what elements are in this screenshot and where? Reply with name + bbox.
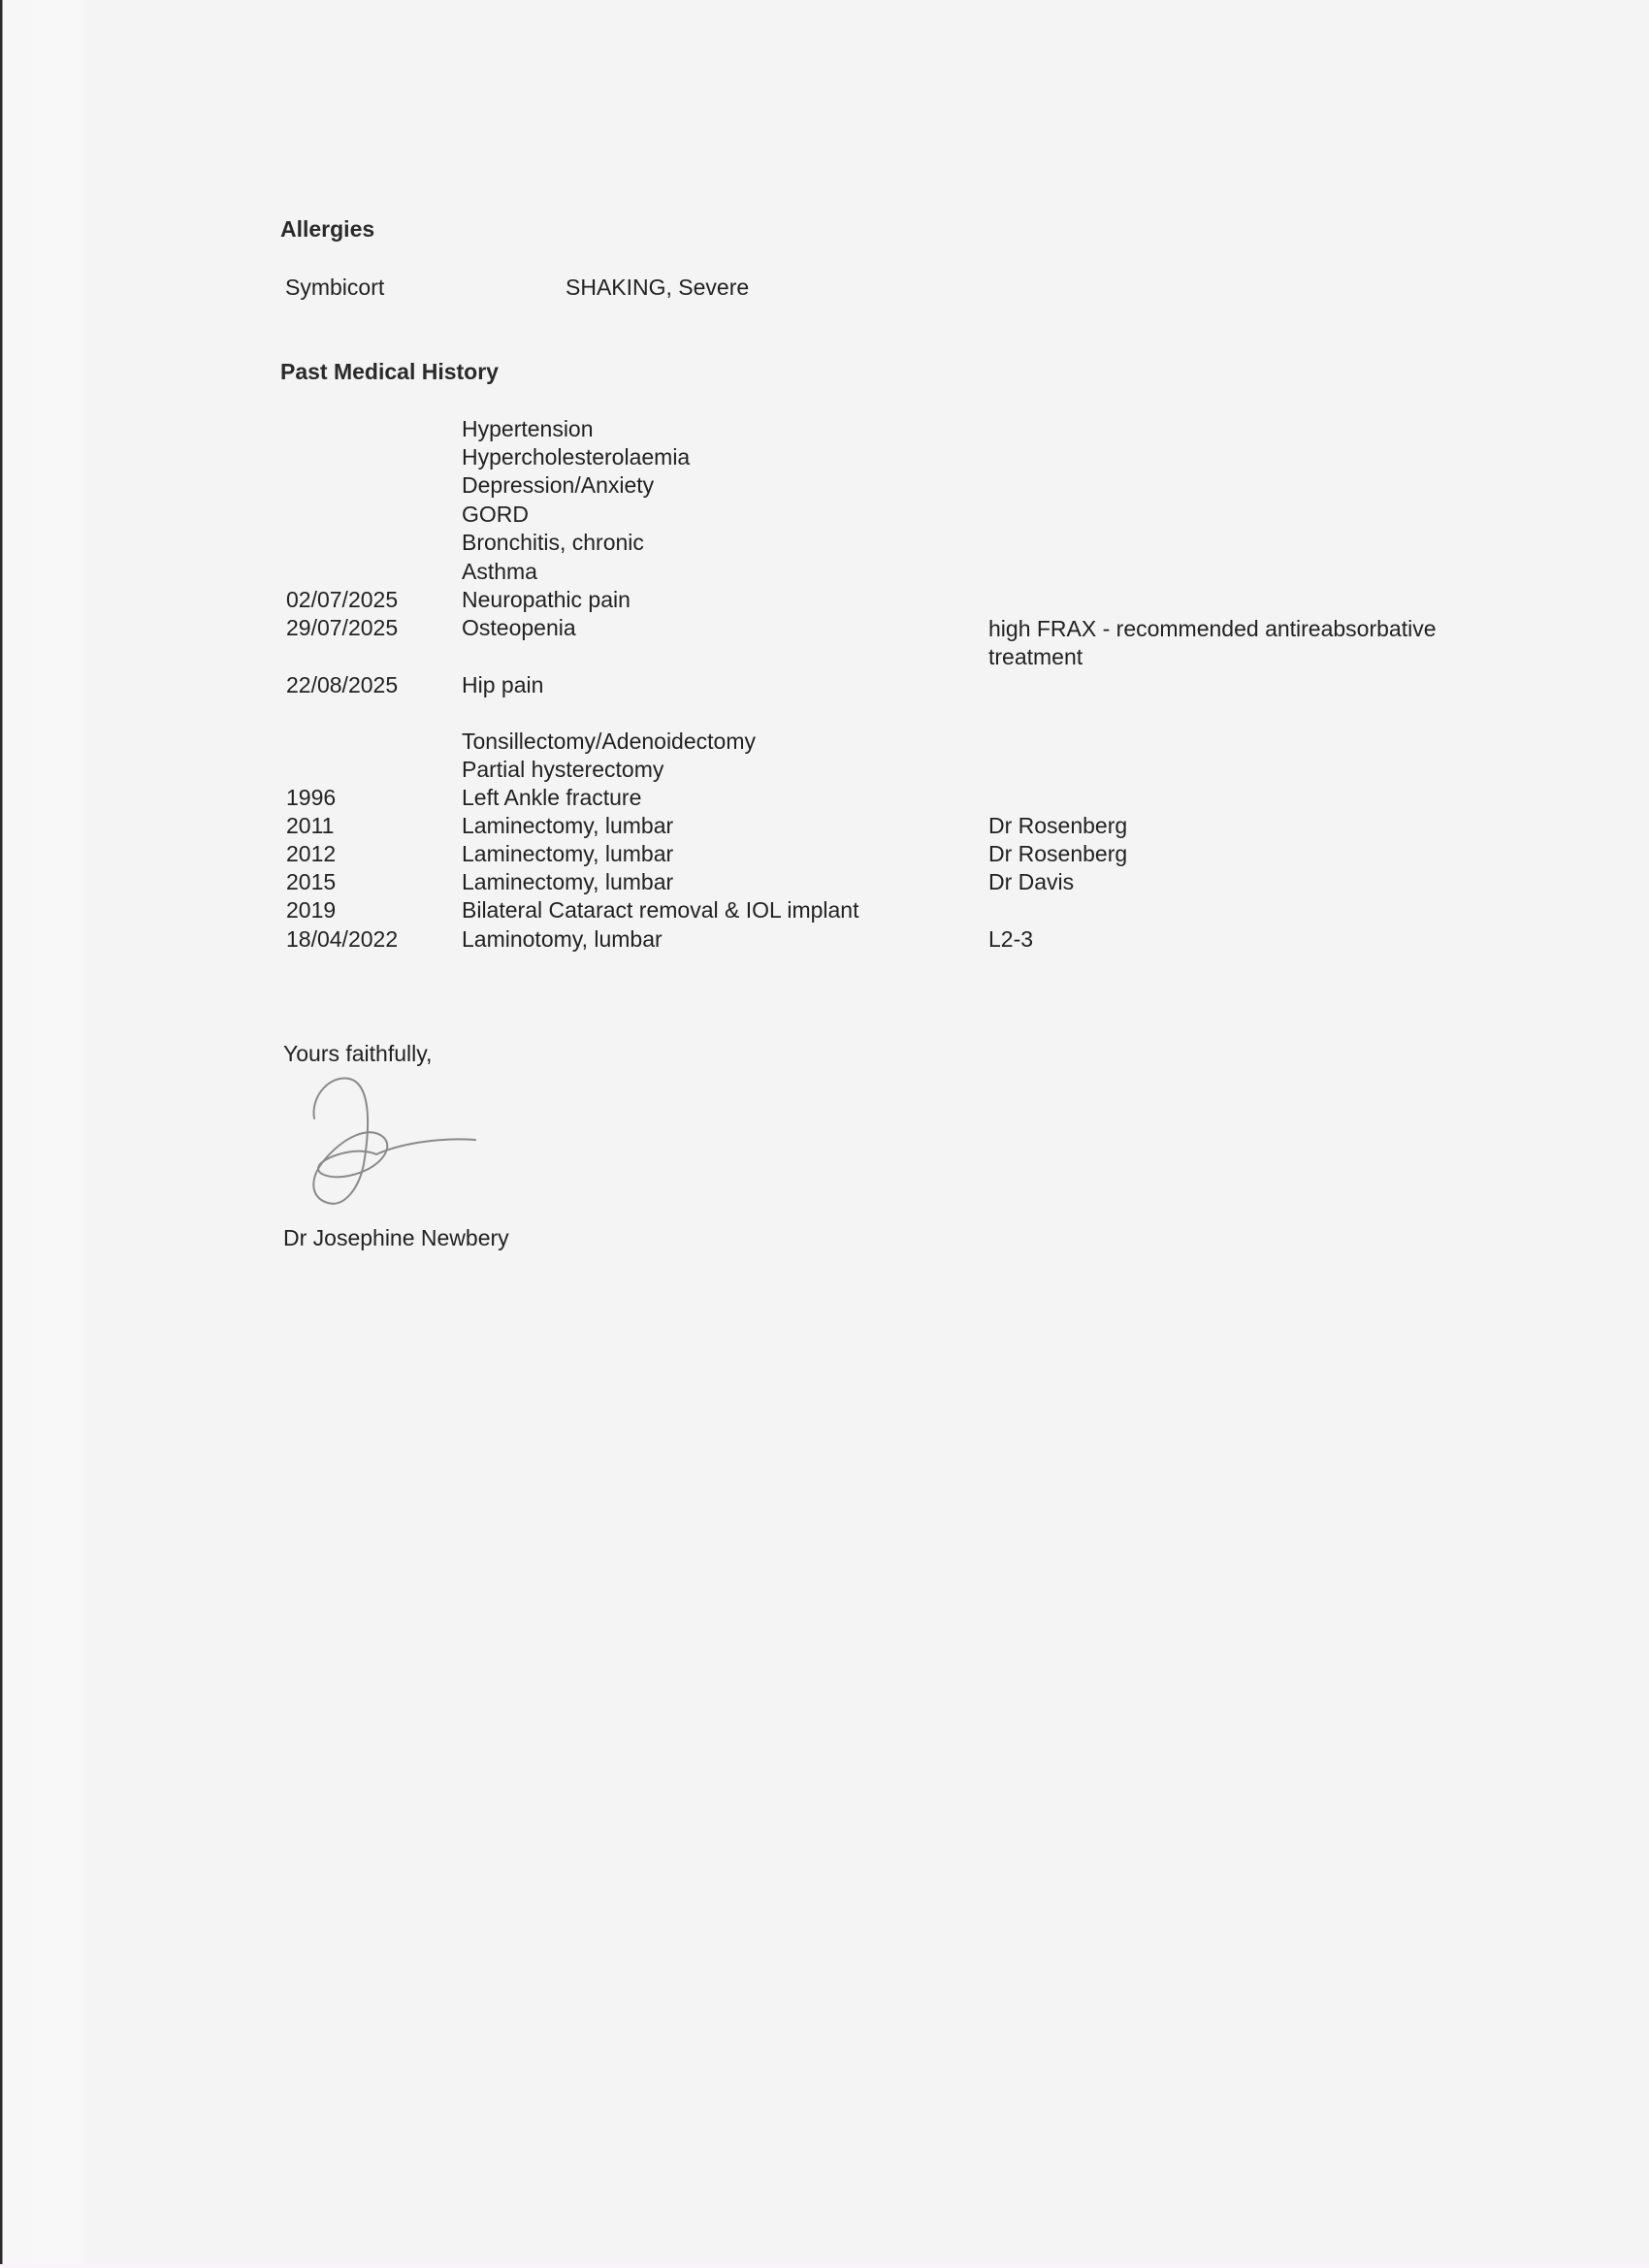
history-condition: GORD — [462, 502, 529, 528]
signature-icon — [291, 1067, 504, 1222]
history-date: 22/08/2025 — [286, 672, 398, 698]
letter-page: Allergies Symbicort SHAKING, Severe Past… — [0, 0, 1649, 2268]
history-date: 1996 — [286, 785, 336, 811]
history-condition: Neuropathic pain — [462, 587, 630, 613]
history-date: 29/07/2025 — [286, 615, 398, 641]
history-condition: Laminectomy, lumbar — [462, 869, 673, 895]
allergies-heading: Allergies — [280, 216, 374, 243]
history-date: 2015 — [286, 869, 336, 895]
history-date: 02/07/2025 — [286, 587, 398, 613]
page-bottom-edge — [0, 2264, 1649, 2268]
closing-salutation: Yours faithfully, — [283, 1041, 432, 1067]
history-condition: Hip pain — [462, 672, 543, 698]
signatory-name: Dr Josephine Newbery — [283, 1225, 509, 1251]
history-condition: Depression/Anxiety — [462, 472, 654, 499]
history-condition: Hypercholesterolaemia — [462, 444, 690, 470]
allergy-substance: Symbicort — [285, 275, 384, 301]
allergy-reaction: SHAKING, Severe — [566, 275, 749, 301]
history-note: high FRAX - recommended antireabsorbativ… — [988, 615, 1532, 671]
history-condition: Hypertension — [462, 416, 594, 442]
history-condition: Partial hysterectomy — [462, 757, 663, 783]
history-date: 2011 — [286, 813, 334, 839]
history-condition: Tonsillectomy/Adenoidectomy — [462, 729, 756, 755]
history-condition: Bronchitis, chronic — [462, 530, 644, 556]
past-medical-history-heading: Past Medical History — [280, 359, 499, 385]
history-note: Dr Rosenberg — [988, 841, 1127, 867]
history-date: 2019 — [286, 897, 336, 923]
history-date: 18/04/2022 — [286, 926, 398, 953]
history-note: L2-3 — [988, 926, 1033, 953]
history-condition: Laminectomy, lumbar — [462, 813, 673, 839]
history-condition: Laminectomy, lumbar — [462, 841, 673, 867]
history-date: 2012 — [286, 841, 336, 867]
history-condition: Left Ankle fracture — [462, 785, 641, 811]
history-condition: Osteopenia — [462, 615, 576, 641]
history-condition: Bilateral Cataract removal & IOL implant — [462, 897, 858, 923]
history-condition: Asthma — [462, 559, 537, 585]
history-condition: Laminotomy, lumbar — [462, 926, 663, 953]
history-note: Dr Rosenberg — [988, 813, 1127, 839]
history-note: Dr Davis — [988, 869, 1074, 895]
